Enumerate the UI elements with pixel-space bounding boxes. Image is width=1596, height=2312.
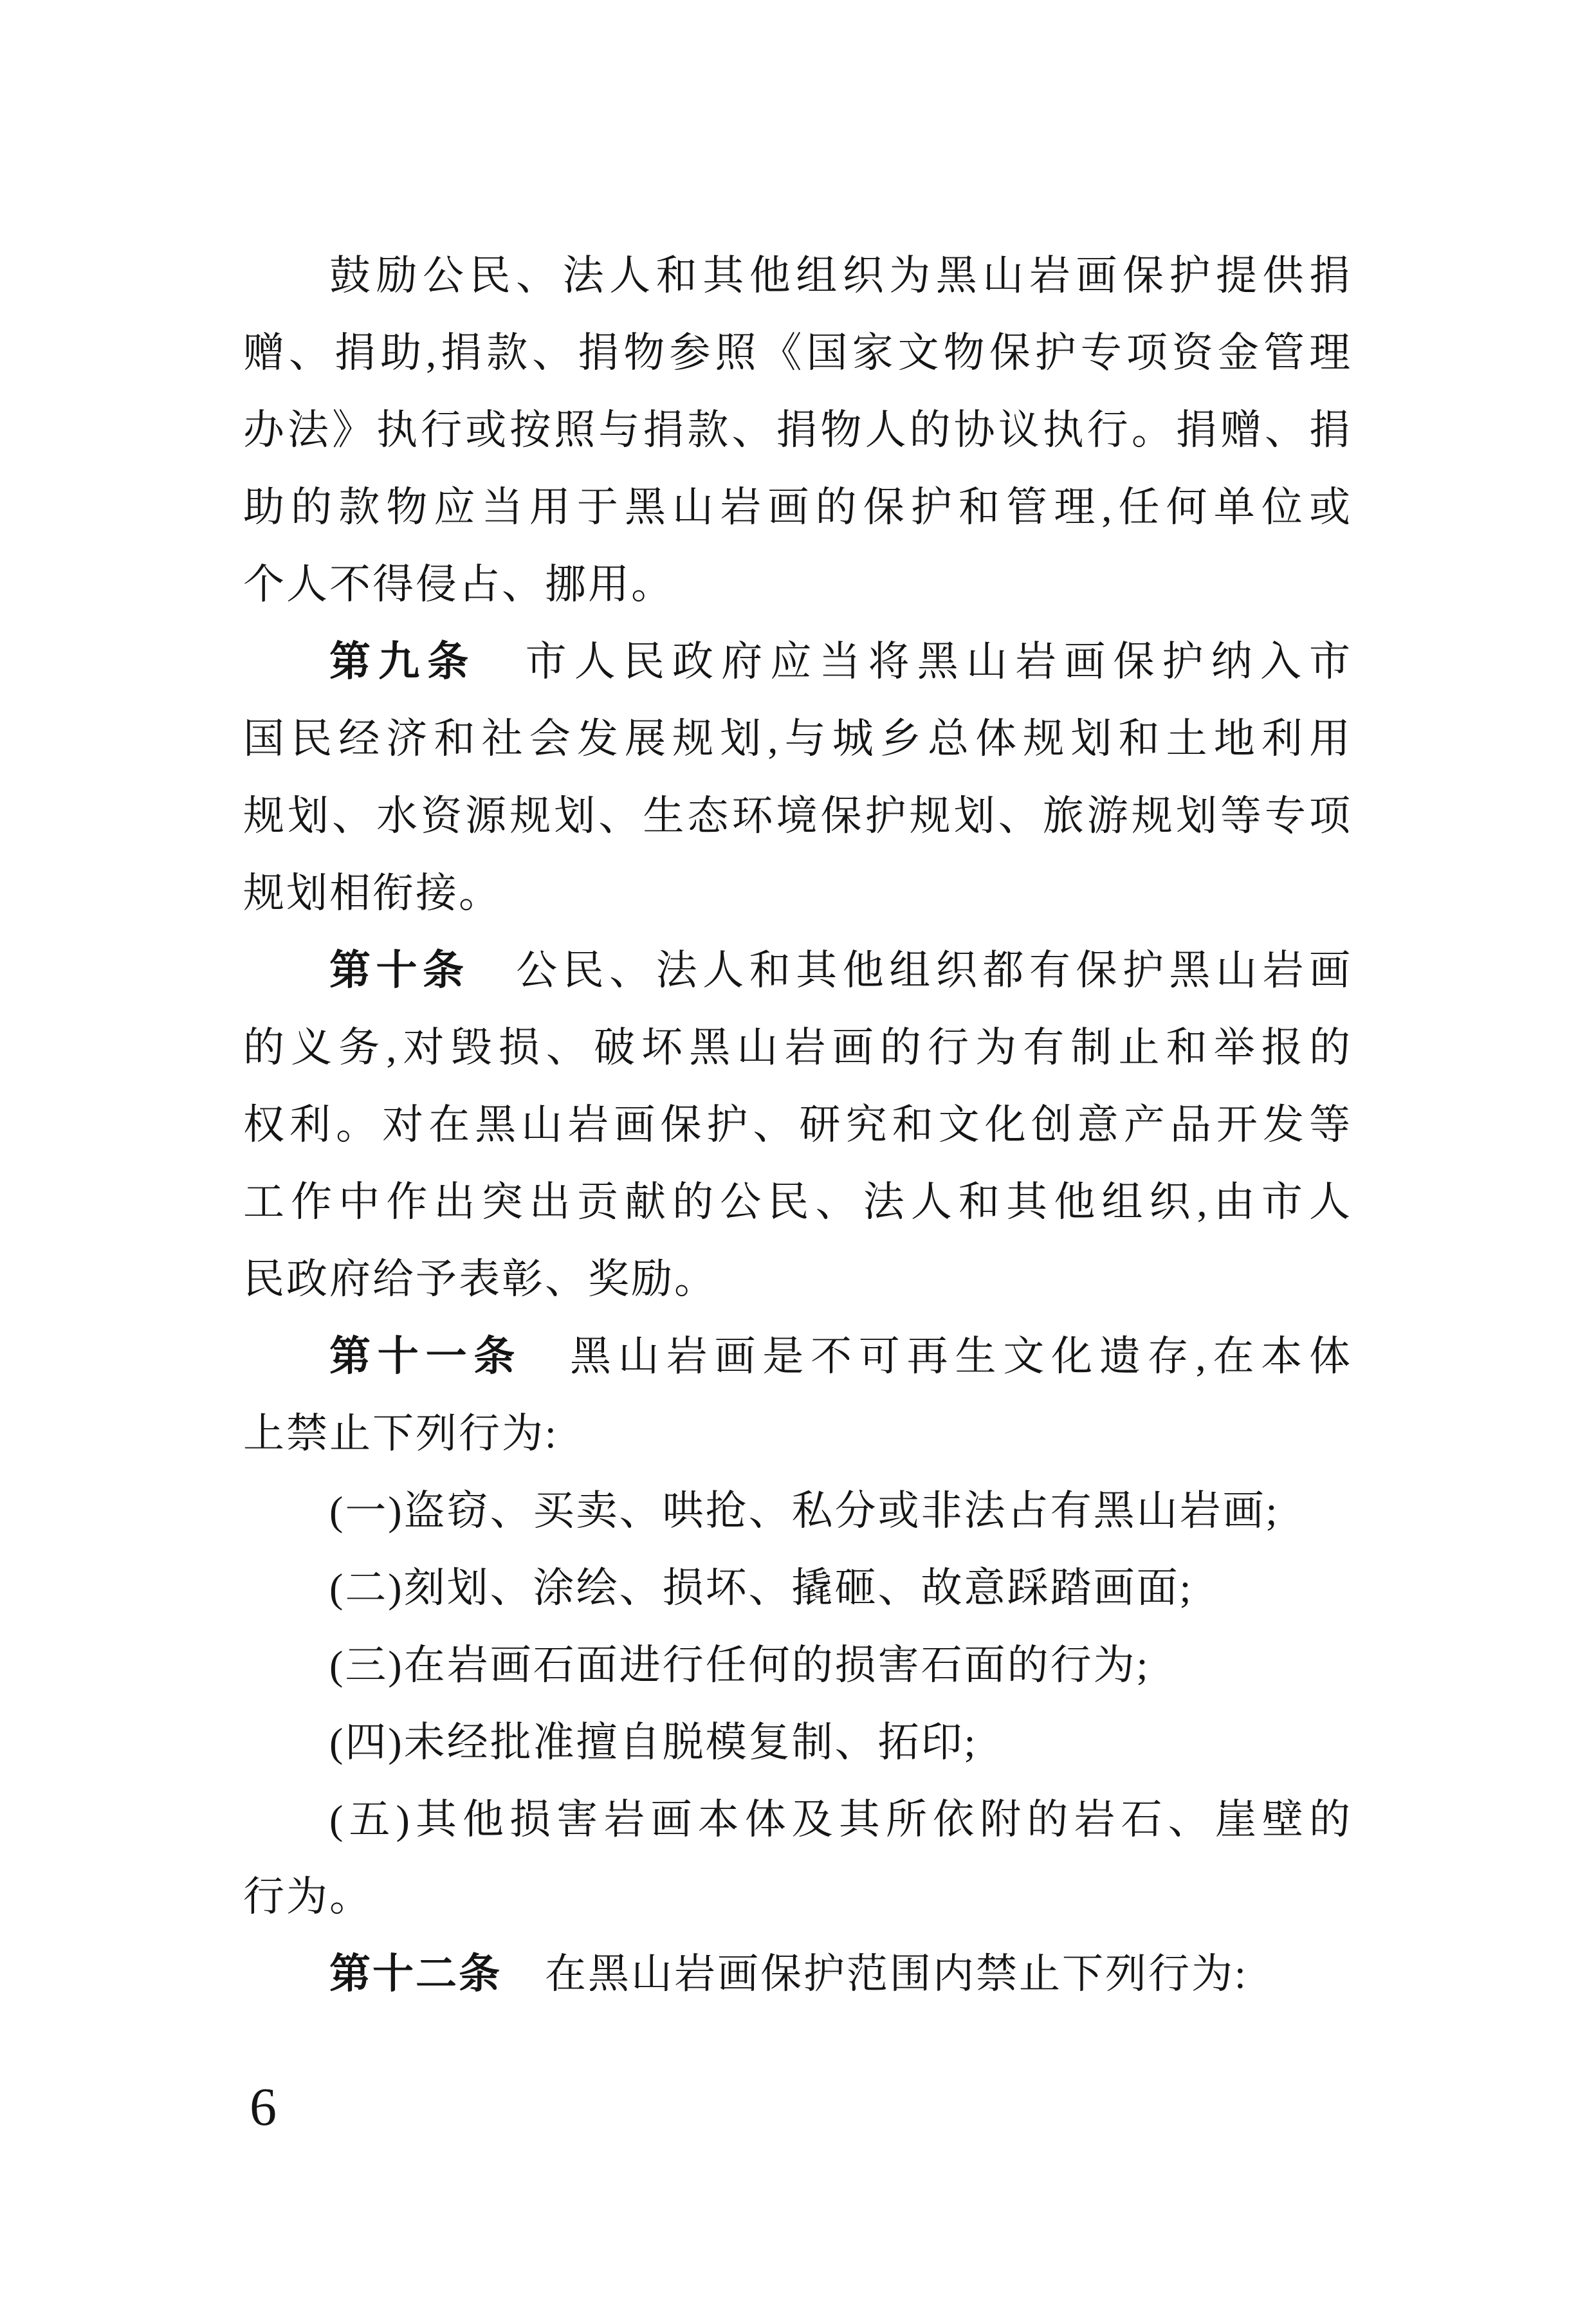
text-line: (二)刻划、涂绘、损坏、撬砸、故意踩踏画面; bbox=[243, 1549, 1352, 1626]
text-line: (一)盗窃、买卖、哄抢、私分或非法占有黑山岩画; bbox=[243, 1472, 1352, 1549]
line-text: 上禁止下列行为: bbox=[243, 1411, 558, 1456]
text-line: 规划相衔接。 bbox=[243, 854, 1352, 931]
article-number: 第十二条 bbox=[329, 1950, 502, 1997]
text-line: 第十二条 在黑山岩画保护范围内禁止下列行为: bbox=[243, 1935, 1352, 2012]
line-text: 行为。 bbox=[243, 1874, 372, 1920]
line-text: 权利。对在黑山岩画保护、研究和文化创意产品开发等 bbox=[243, 1102, 1352, 1148]
text-line: 民政府给予表彰、奖励。 bbox=[243, 1240, 1352, 1317]
text-block: 鼓励公民、法人和其他组织为黑山岩画保护提供捐 赠、捐助,捐款、捐物参照《国家文物… bbox=[243, 237, 1352, 2012]
line-text: 赠、捐助,捐款、捐物参照《国家文物保护专项资金管理 bbox=[243, 330, 1352, 376]
text-line: 第十一条 黑山岩画是不可再生文化遗存,在本体 bbox=[243, 1317, 1352, 1395]
line-text: 个人不得侵占、挪用。 bbox=[243, 562, 674, 607]
text-line: 上禁止下列行为: bbox=[243, 1395, 1352, 1472]
text-line: 办法》执行或按照与捐款、捐物人的协议执行。捐赠、捐 bbox=[243, 391, 1352, 468]
line-text: 黑山岩画是不可再生文化遗存,在本体 bbox=[522, 1334, 1352, 1379]
line-text: 的义务,对毁损、破坏黑山岩画的行为有制止和举报的 bbox=[243, 1025, 1352, 1070]
text-line: 规划、水资源规划、生态环境保护规划、旅游规划等专项 bbox=[243, 777, 1352, 854]
text-line: 助的款物应当用于黑山岩画的保护和管理,任何单位或 bbox=[243, 468, 1352, 546]
line-text: (四)未经批准擅自脱模复制、拓印; bbox=[329, 1720, 977, 1765]
line-text: 助的款物应当用于黑山岩画的保护和管理,任何单位或 bbox=[243, 484, 1352, 530]
text-line: 国民经济和社会发展规划,与城乡总体规划和土地利用 bbox=[243, 700, 1352, 777]
line-text: 国民经济和社会发展规划,与城乡总体规划和土地利用 bbox=[243, 716, 1352, 762]
text-line: 权利。对在黑山岩画保护、研究和文化创意产品开发等 bbox=[243, 1086, 1352, 1163]
line-text: 市人民政府应当将黑山岩画保护纳入市 bbox=[476, 639, 1352, 684]
line-text: 工作中作出突出贡献的公民、法人和其他组织,由市人 bbox=[243, 1179, 1352, 1225]
line-text: (一)盗窃、买卖、哄抢、私分或非法占有黑山岩画; bbox=[329, 1488, 1279, 1534]
line-text: (五)其他损害岩画本体及其所依附的岩石、崖壁的 bbox=[329, 1797, 1352, 1842]
text-line: (三)在岩画石面进行任何的损害石面的行为; bbox=[243, 1626, 1352, 1703]
article-number: 第十条 bbox=[329, 947, 470, 993]
line-text: 在黑山岩画保护范围内禁止下列行为: bbox=[502, 1951, 1248, 1997]
text-line: 的义务,对毁损、破坏黑山岩画的行为有制止和举报的 bbox=[243, 1009, 1352, 1086]
text-line: 第十条 公民、法人和其他组织都有保护黑山岩画 bbox=[243, 931, 1352, 1009]
line-text: 规划相衔接。 bbox=[243, 870, 502, 916]
page-number: 6 bbox=[250, 2080, 277, 2134]
line-text: (三)在岩画石面进行任何的损害石面的行为; bbox=[329, 1642, 1150, 1688]
line-text: (二)刻划、涂绘、损坏、撬砸、故意踩踏画面; bbox=[329, 1565, 1193, 1611]
text-line: 工作中作出突出贡献的公民、法人和其他组织,由市人 bbox=[243, 1163, 1352, 1240]
article-number: 第九条 bbox=[329, 638, 476, 684]
line-text: 规划、水资源规划、生态环境保护规划、旅游规划等专项 bbox=[243, 793, 1352, 839]
text-line: 个人不得侵占、挪用。 bbox=[243, 546, 1352, 623]
line-text: 办法》执行或按照与捐款、捐物人的协议执行。捐赠、捐 bbox=[243, 407, 1352, 453]
line-text: 鼓励公民、法人和其他组织为黑山岩画保护提供捐 bbox=[329, 253, 1352, 298]
line-text: 民政府给予表彰、奖励。 bbox=[243, 1256, 717, 1302]
text-line: (四)未经批准擅自脱模复制、拓印; bbox=[243, 1703, 1352, 1781]
text-line: 行为。 bbox=[243, 1858, 1352, 1935]
article-number: 第十一条 bbox=[329, 1333, 522, 1379]
text-line: (五)其他损害岩画本体及其所依附的岩石、崖壁的 bbox=[243, 1781, 1352, 1858]
line-text: 公民、法人和其他组织都有保护黑山岩画 bbox=[470, 948, 1352, 993]
document-page: 鼓励公民、法人和其他组织为黑山岩画保护提供捐 赠、捐助,捐款、捐物参照《国家文物… bbox=[0, 0, 1596, 2312]
text-line: 第九条 市人民政府应当将黑山岩画保护纳入市 bbox=[243, 623, 1352, 700]
text-line: 鼓励公民、法人和其他组织为黑山岩画保护提供捐 bbox=[243, 237, 1352, 314]
text-line: 赠、捐助,捐款、捐物参照《国家文物保护专项资金管理 bbox=[243, 314, 1352, 391]
